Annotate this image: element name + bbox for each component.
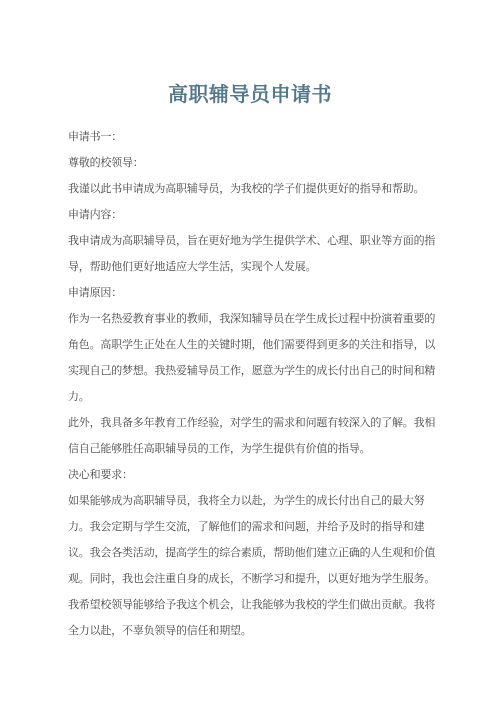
text-line: 此外，我具备多年教育工作经验，对学生的需求和问题有较深入的了解。我相 bbox=[68, 410, 438, 436]
text-line: 如果能够成为高职辅导员，我将全力以赴，为学生的成长付出自己的最大努 bbox=[68, 488, 438, 514]
text-line: 实现自己的梦想。我热爱辅导员工作，愿意为学生的成长付出自己的时间和精 bbox=[68, 358, 438, 384]
text-line: 尊敬的校领导： bbox=[68, 150, 438, 176]
text-line: 申请书一： bbox=[68, 124, 438, 150]
text-line: 议。我会各类活动，提高学生的综合素质，帮助他们建立正确的人生观和价值 bbox=[68, 540, 438, 566]
text-line: 力。 bbox=[68, 384, 438, 410]
text-line: 决心和要求： bbox=[68, 462, 438, 488]
document-page: 高职辅导员申请书 申请书一： 尊敬的校领导： 我谨以此书申请成为高职辅导员，为我… bbox=[0, 0, 500, 707]
text-line: 全力以赴，不辜负领导的信任和期望。 bbox=[68, 618, 438, 644]
text-line: 导，帮助他们更好地适应大学生活，实现个人发展。 bbox=[68, 254, 438, 280]
text-line: 力。我会定期与学生交流，了解他们的需求和问题，并给予及时的指导和建 bbox=[68, 514, 438, 540]
text-line: 我申请成为高职辅导员，旨在更好地为学生提供学术、心理、职业等方面的指 bbox=[68, 228, 438, 254]
document-body: 申请书一： 尊敬的校领导： 我谨以此书申请成为高职辅导员，为我校的学子们提供更好… bbox=[68, 124, 438, 644]
text-line: 我希望校领导能够给予我这个机会，让我能够为我校的学生们做出贡献。我将 bbox=[68, 592, 438, 618]
text-line: 观。同时，我也会注重自身的成长，不断学习和提升，以更好地为学生服务。 bbox=[68, 566, 438, 592]
text-line: 申请原因： bbox=[68, 280, 438, 306]
text-line: 作为一名热爱教育事业的教师，我深知辅导员在学生成长过程中扮演着重要的 bbox=[68, 306, 438, 332]
text-line: 申请内容： bbox=[68, 202, 438, 228]
text-line: 我谨以此书申请成为高职辅导员，为我校的学子们提供更好的指导和帮助。 bbox=[68, 176, 438, 202]
page-title: 高职辅导员申请书 bbox=[0, 80, 500, 110]
text-line: 信自己能够胜任高职辅导员的工作，为学生提供有价值的指导。 bbox=[68, 436, 438, 462]
text-line: 角色。高职学生正处在人生的关键时期，他们需要得到更多的关注和指导，以 bbox=[68, 332, 438, 358]
